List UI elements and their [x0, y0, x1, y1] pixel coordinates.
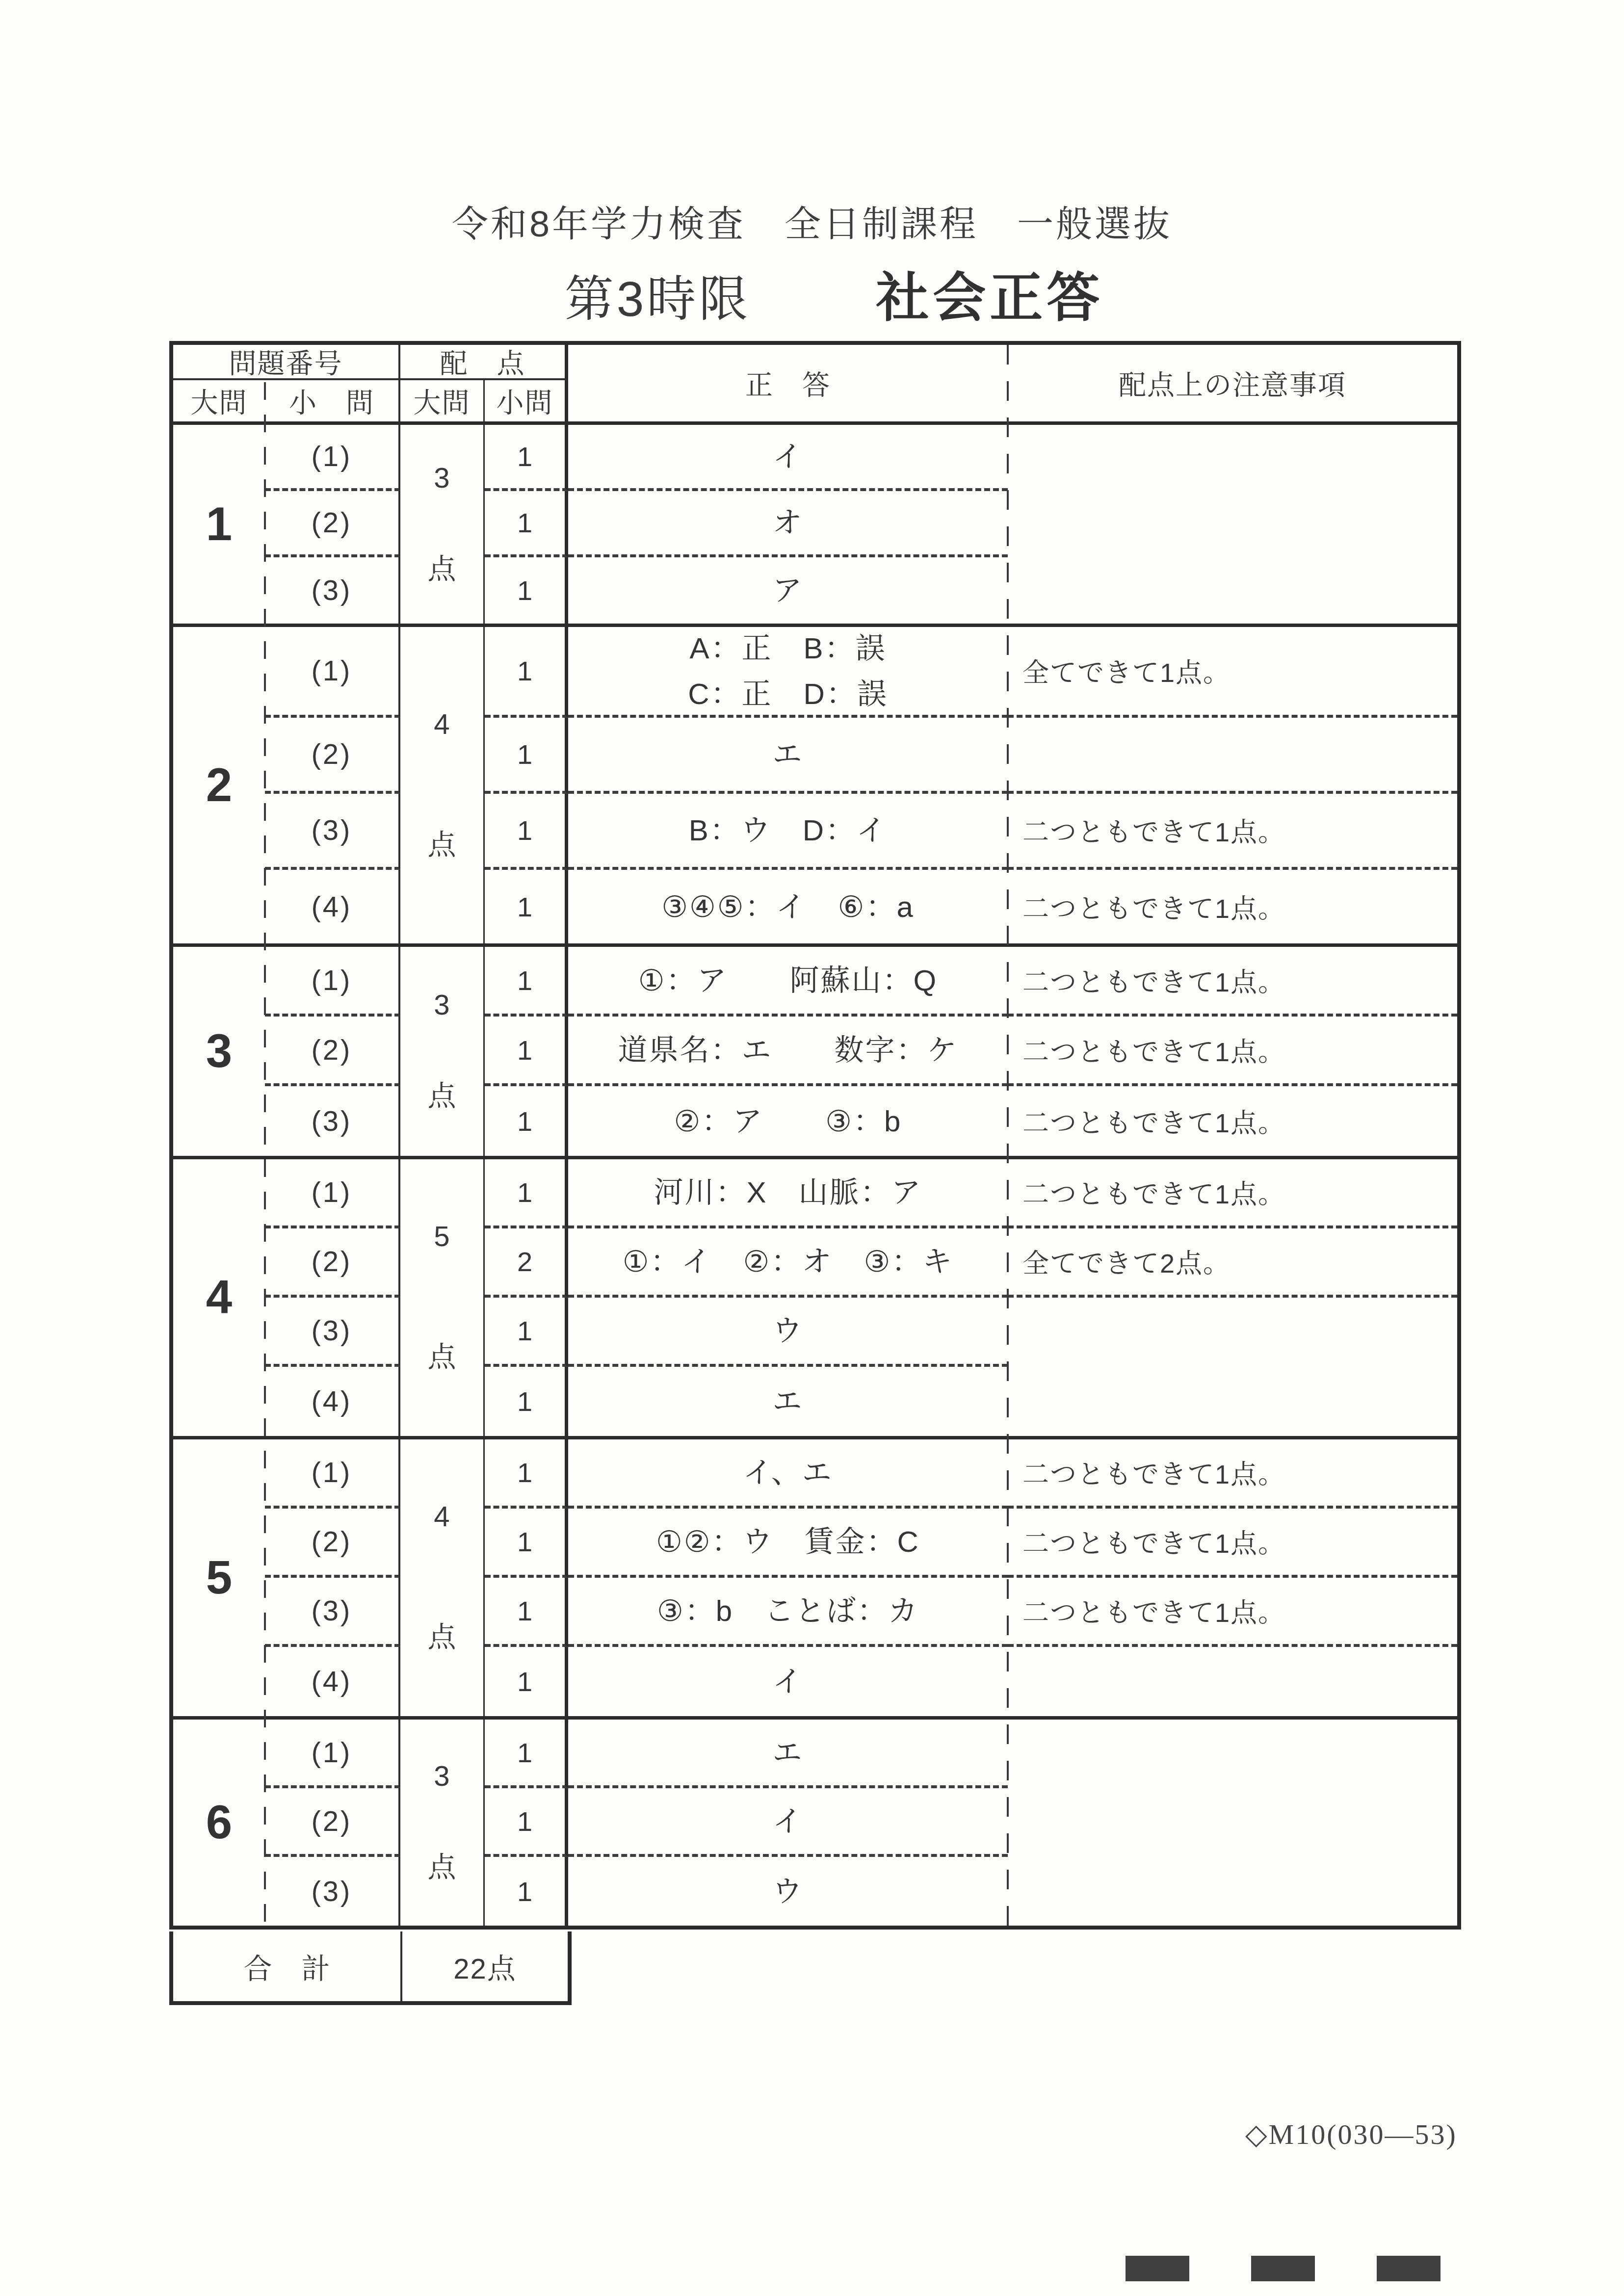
- note-cell: 二つともできて1点。: [1008, 947, 1457, 1017]
- answer-cell: ①：ア 阿蘇山：Q: [568, 947, 1008, 1017]
- answer-cell: B：ウ D：イ: [568, 794, 1008, 870]
- answer-text: エ: [773, 731, 804, 777]
- answer-cell: イ: [568, 425, 1008, 491]
- subquestion-label: (3): [265, 557, 400, 624]
- header-points: 配 点: [400, 345, 568, 380]
- note-cell: [1008, 1857, 1457, 1926]
- daimon-number: 4: [173, 1159, 265, 1436]
- section-points-digit: 4: [434, 1500, 449, 1533]
- subquestion-points: 1: [485, 1509, 568, 1578]
- subquestion-label: (2): [265, 1509, 400, 1578]
- note-cell: [1008, 491, 1457, 557]
- subquestion-points: 1: [485, 425, 568, 491]
- header-question-number: 問題番号: [173, 345, 400, 380]
- subquestion-points: 2: [485, 1228, 568, 1298]
- note-cell: [1008, 718, 1457, 794]
- subject-title: 社会正答: [876, 255, 1103, 331]
- subquestion-points: 1: [485, 1159, 568, 1228]
- answer-text: イ、エ: [743, 1450, 833, 1495]
- subquestion-points: 1: [485, 1857, 568, 1926]
- subquestion-points: 1: [485, 1086, 568, 1156]
- subquestion-points: 1: [485, 870, 568, 943]
- subquestion-points: 1: [485, 1439, 568, 1509]
- subquestion-points: 1: [485, 947, 568, 1017]
- subquestion-label: (2): [265, 1017, 400, 1086]
- header-points-shoumon: 小問: [485, 380, 568, 421]
- section-points-digit: 3: [434, 1760, 449, 1793]
- total-label: 合計: [173, 1931, 402, 2001]
- note-cell: [1008, 1720, 1457, 1788]
- note-cell: 全てできて2点。: [1008, 1228, 1457, 1298]
- subquestion-label: (1): [265, 1159, 400, 1228]
- note-cell: 二つともできて1点。: [1008, 1017, 1457, 1086]
- note-cell: [1008, 1367, 1457, 1436]
- section-points-digit: 4: [434, 708, 449, 741]
- answer-cell: ア: [568, 557, 1008, 624]
- subquestion-label: (1): [265, 1720, 400, 1788]
- header-notes: 配点上の注意事項: [1008, 345, 1457, 421]
- document-subtitle: 第3時限 社会正答: [22, 255, 1624, 331]
- subquestion-label: (3): [265, 794, 400, 870]
- answer-cell: ③④⑤：イ ⑥：a: [568, 870, 1008, 943]
- subquestion-label: (4): [265, 870, 400, 943]
- section-points: 3 点: [400, 947, 485, 1156]
- answer-text: B：ウ D：イ: [689, 808, 887, 853]
- total-points-value: 22点: [402, 1931, 568, 2001]
- answer-cell: ①：イ ②：オ ③：キ: [568, 1228, 1008, 1298]
- subquestion-points: 1: [485, 1017, 568, 1086]
- answer-cell: エ: [568, 1720, 1008, 1788]
- subquestion-points: 1: [485, 1720, 568, 1788]
- subquestion-label: (2): [265, 718, 400, 794]
- section-points: 4 点: [400, 627, 485, 943]
- scanned-answer-sheet-page: 令和8年学力検査 全日制課程 一般選抜 第3時限 社会正答 問題番号 配 点 正…: [0, 0, 1624, 2296]
- section-points-unit: 点: [427, 1614, 456, 1655]
- section-1: 1 3 点 (1) 1 イ (2) 1 オ (3) 1 ア: [173, 425, 1457, 627]
- subquestion-points: 1: [485, 1788, 568, 1857]
- answer-text: ①：イ ②：オ ③：キ: [623, 1239, 953, 1284]
- answer-key-table: 問題番号 配 点 正 答 配点上の注意事項 大問 小 問 大問 小問 1 3 点…: [169, 341, 1461, 1930]
- subquestion-points: 1: [485, 794, 568, 870]
- subquestion-label: (3): [265, 1578, 400, 1647]
- document-title: 令和8年学力検査 全日制課程 一般選抜: [0, 195, 1624, 247]
- note-cell: 二つともできて1点。: [1008, 1159, 1457, 1228]
- answer-text-line2: C：正 D：誤: [688, 671, 888, 717]
- note-cell: [1008, 1647, 1457, 1716]
- answer-text: イ: [773, 1799, 804, 1844]
- section-points-digit: 3: [434, 462, 449, 495]
- daimon-number: 1: [173, 425, 265, 624]
- subquestion-label: (4): [265, 1367, 400, 1436]
- section-3: 3 3 点 (1) 1 ①：ア 阿蘇山：Q 二つともできて1点。 (2) 1 道…: [173, 947, 1457, 1159]
- note-cell: [1008, 425, 1457, 491]
- subquestion-label: (1): [265, 425, 400, 491]
- answer-cell: ウ: [568, 1857, 1008, 1926]
- dashed-divider-answer-notes: [1007, 345, 1009, 1926]
- subquestion-label: (2): [265, 1788, 400, 1857]
- print-registration-mark: [1126, 2256, 1189, 2281]
- header-correct-answer: 正 答: [568, 345, 1008, 421]
- note-cell: 二つともできて1点。: [1008, 1509, 1457, 1578]
- answer-cell: ①②：ウ 賃金：C: [568, 1509, 1008, 1578]
- answer-cell: イ: [568, 1788, 1008, 1857]
- subquestion-points: 1: [485, 1367, 568, 1436]
- answer-text: ウ: [773, 1308, 804, 1354]
- subquestion-points: 1: [485, 1647, 568, 1716]
- note-cell: [1008, 1298, 1457, 1367]
- section-points: 4 点: [400, 1439, 485, 1716]
- subquestion-label: (1): [265, 947, 400, 1017]
- daimon-number: 5: [173, 1439, 265, 1716]
- subquestion-label: (3): [265, 1857, 400, 1926]
- table-header: 問題番号 配 点 正 答 配点上の注意事項 大問 小 問 大問 小問: [173, 345, 1457, 425]
- section-points-unit: 点: [427, 546, 456, 587]
- note-cell: [1008, 1788, 1457, 1857]
- answer-cell: 河川：X 山脈：ア: [568, 1159, 1008, 1228]
- subquestion-points: 1: [485, 718, 568, 794]
- subquestion-points: 1: [485, 557, 568, 624]
- answer-cell: エ: [568, 718, 1008, 794]
- note-cell: 二つともできて1点。: [1008, 1439, 1457, 1509]
- answer-text: A：正 B：誤: [689, 626, 886, 671]
- section-4: 4 5 点 (1) 1 河川：X 山脈：ア 二つともできて1点。 (2) 2 ①…: [173, 1159, 1457, 1439]
- document-code: ◇M10(030—53): [1245, 2117, 1457, 2151]
- section-points-unit: 点: [427, 1073, 456, 1114]
- answer-text: ②：ア ③：b: [674, 1098, 902, 1144]
- daimon-number: 2: [173, 627, 265, 943]
- answer-text: イ: [773, 1659, 804, 1704]
- print-registration-mark: [1377, 2256, 1441, 2281]
- answer-text: 河川：X 山脈：ア: [654, 1170, 922, 1215]
- subquestion-points: 1: [485, 491, 568, 557]
- print-registration-mark: [1251, 2256, 1315, 2281]
- answer-text: エ: [773, 1379, 804, 1424]
- total-row: 合計 22点: [169, 1931, 572, 2005]
- answer-cell: イ、エ: [568, 1439, 1008, 1509]
- subquestion-label: (4): [265, 1647, 400, 1716]
- section-2: 2 4 点 (1) 1 A：正 B：誤 C：正 D：誤 全てできて1点。 (2)…: [173, 627, 1457, 947]
- header-points-daimon: 大問: [400, 380, 485, 421]
- daimon-number: 6: [173, 1720, 265, 1926]
- answer-text: ③：b ことば：カ: [657, 1588, 919, 1634]
- section-points: 3 点: [400, 425, 485, 624]
- answer-cell: ②：ア ③：b: [568, 1086, 1008, 1156]
- section-points-unit: 点: [427, 822, 456, 863]
- section-points-digit: 5: [434, 1220, 449, 1253]
- daimon-number: 3: [173, 947, 265, 1156]
- note-cell: 全てできて1点。: [1008, 627, 1457, 718]
- subquestion-label: (3): [265, 1086, 400, 1156]
- section-points-digit: 3: [434, 989, 449, 1021]
- subquestion-label: (2): [265, 491, 400, 557]
- subquestion-points: 1: [485, 1578, 568, 1647]
- subquestion-points: 1: [485, 627, 568, 718]
- answer-cell: A：正 B：誤 C：正 D：誤: [568, 627, 1008, 718]
- answer-cell: オ: [568, 491, 1008, 557]
- note-cell: 二つともできて1点。: [1008, 1578, 1457, 1647]
- section-5: 5 4 点 (1) 1 イ、エ 二つともできて1点。 (2) 1 ①②：ウ 賃金…: [173, 1439, 1457, 1720]
- subquestion-label: (1): [265, 627, 400, 718]
- subquestion-label: (3): [265, 1298, 400, 1367]
- section-points: 5 点: [400, 1159, 485, 1436]
- answer-cell: エ: [568, 1367, 1008, 1436]
- answer-text: 道県名：エ 数字：ケ: [618, 1027, 958, 1073]
- answer-text: ①：ア 阿蘇山：Q: [638, 958, 938, 1003]
- header-daimon: 大問: [173, 380, 265, 421]
- section-points: 3 点: [400, 1720, 485, 1926]
- answer-text: オ: [773, 500, 804, 546]
- answer-text: イ: [773, 434, 804, 479]
- subquestion-label: (1): [265, 1439, 400, 1509]
- answer-cell: イ: [568, 1647, 1008, 1716]
- answer-text: ③④⑤：イ ⑥：a: [661, 884, 915, 930]
- answer-text: エ: [773, 1730, 804, 1775]
- note-cell: 二つともできて1点。: [1008, 1086, 1457, 1156]
- section-points-unit: 点: [427, 1844, 456, 1885]
- answer-text: ウ: [773, 1869, 804, 1914]
- answer-text: ア: [773, 568, 804, 613]
- exam-period-label: 第3時限: [565, 260, 751, 330]
- answer-cell: 道県名：エ 数字：ケ: [568, 1017, 1008, 1086]
- note-cell: [1008, 557, 1457, 624]
- note-cell: 二つともできて1点。: [1008, 794, 1457, 870]
- answer-text: ①②：ウ 賃金：C: [656, 1519, 920, 1565]
- section-6: 6 3 点 (1) 1 エ (2) 1 イ (3) 1 ウ: [173, 1720, 1457, 1926]
- subquestion-label: (2): [265, 1228, 400, 1298]
- answer-cell: ③：b ことば：カ: [568, 1578, 1008, 1647]
- subquestion-points: 1: [485, 1298, 568, 1367]
- dashed-divider-daimon-shoumon: [264, 382, 266, 1926]
- answer-cell: ウ: [568, 1298, 1008, 1367]
- note-cell: 二つともできて1点。: [1008, 870, 1457, 943]
- section-points-unit: 点: [427, 1334, 456, 1375]
- header-shoumon: 小 問: [265, 380, 400, 421]
